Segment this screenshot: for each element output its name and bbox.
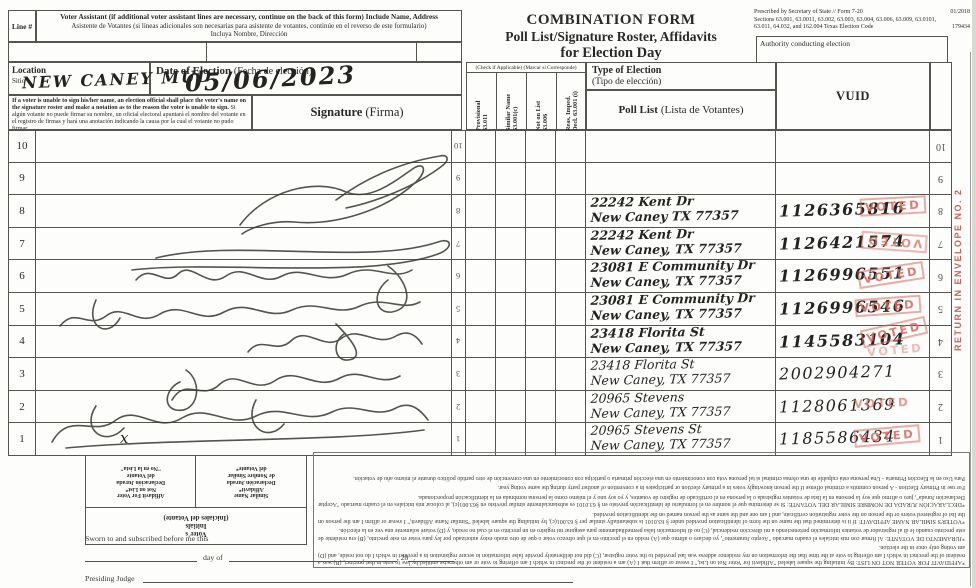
line-number-flipped: 2 [452,391,466,423]
line-number-right: 2 [930,391,952,423]
line-number-left: 10 [8,131,36,162]
vuid-cell[interactable]: 1126421574 VOTED [776,228,930,260]
table-row: 8 8 22242 Kent Dr New Caney TX 77357 112… [8,195,952,228]
check-cell[interactable] [496,163,526,195]
line-number-flipped: 7 [452,228,466,260]
line-number-flipped: 5 [452,293,466,325]
line-number-flipped: 3 [452,358,466,390]
check-cell[interactable] [496,391,526,423]
signature-cell[interactable] [36,293,452,325]
check-cell[interactable] [496,358,526,390]
line-number-left: 2 [8,391,36,423]
check-cell[interactable] [556,260,586,292]
check-cell[interactable] [526,131,556,162]
similar-name-affidavit-cell[interactable]: Similar Name Affidavit* Declaración Jura… [196,456,307,507]
line-number-right: 10 [930,131,952,162]
check-cell[interactable] [496,195,526,227]
vuid-cell[interactable]: 1126996551 VOTED [776,260,930,292]
unable-to-sign-instruction: If a voter is unable to sign his/her nam… [8,95,252,130]
day-blank[interactable] [85,552,197,562]
check-col-not-on-list: Not on List 63.006 [527,73,557,129]
voter-assistant-es: Asistente de Votantes (si líneas adicion… [40,22,458,31]
line-number-right: 6 [930,260,952,292]
check-cell[interactable] [526,260,556,292]
poll-list-cell[interactable]: 22242 Kent Dr New Caney, TX 77357 [586,228,776,260]
check-cell[interactable] [556,423,586,455]
line-number-flipped: 10 [452,131,466,162]
table-row: 2 2 20965 Stevens New Caney, TX 77357 11… [8,391,952,424]
scan-edge-strip [972,0,976,588]
sworn-line: Sworn to and subscribed before me this [85,534,643,543]
voter-assistant-es2: Incluya Nombre, Dirección [40,30,458,39]
vuid-cell[interactable] [776,163,930,195]
line-number-right: 1 [930,423,952,455]
divider [416,43,417,61]
form-title: COMBINATION FORM Poll List/Signature Ros… [465,12,757,62]
table-row: 7 7 22242 Kent Dr New Caney, TX 77357 11… [8,228,952,261]
check-cell[interactable] [526,358,556,390]
line-number-flipped: 1 [452,423,466,455]
signature-cell[interactable] [36,358,452,390]
check-cell[interactable] [466,358,496,390]
check-cell[interactable] [496,293,526,325]
check-cell[interactable] [466,228,496,260]
table-row: 3 3 23418 Florita St New Caney, TX 77357… [8,358,952,391]
line-number-flipped: 6 [452,260,466,292]
signature-cell[interactable] [36,391,452,423]
check-cell[interactable] [496,228,526,260]
line-number-left: 8 [8,195,36,227]
line-number-right: 9 [930,163,952,195]
check-cell[interactable] [526,423,556,455]
address-line2: New Caney, TX 77357 [585,435,775,453]
combination-form-sheet: Line # Voter Assistant (if additional vo… [0,0,976,588]
address-line2: New Caney TX 77357 [585,207,775,225]
check-col-similar-name: Similar Name 63.001(c) [497,73,527,129]
check-cell[interactable] [556,391,586,423]
presiding-judge-signature-blank[interactable] [143,573,573,583]
vuid-cell[interactable]: 1145583104 VOTED VOTED [776,326,930,358]
vuid-handwritten: 2002904271 [779,362,896,384]
check-cell[interactable] [556,195,586,227]
table-row: 6 6 23081 E Community Dr New Caney, TX 7… [8,260,952,293]
check-cell[interactable] [466,326,496,358]
address-line2: New Caney, TX 77357 [585,305,775,323]
line-number-right: 4 [930,326,952,358]
address-line2: New Caney, TX 77357 [585,402,775,420]
presiding-judge-label: Presiding Judge [85,574,135,583]
address-line2: New Caney, TX 77357 [585,239,775,257]
poll-list-cell[interactable]: 23081 E Community Dr New Caney, TX 77357 [586,293,776,325]
line-number-column-header: Line # [8,10,36,42]
poll-list-cell[interactable]: 20965 Stevens New Caney, TX 77357 [586,391,776,423]
voted-stamp: VOTED [859,195,926,216]
line-number-left: 1 [8,423,36,455]
address-line2: New Caney, TX 77357 [585,337,775,355]
line-number-right: 8 [930,195,952,227]
check-cell[interactable] [466,423,496,455]
voted-stamp: VOTED [853,425,921,449]
check-cell[interactable] [496,260,526,292]
signature-x-mark: x [120,429,128,447]
line-number-right: 3 [930,358,952,390]
check-cell[interactable] [466,195,496,227]
line-number-left: 4 [8,326,36,358]
check-cell[interactable] [556,358,586,390]
line-number-right: 5 [930,293,952,325]
line-number-flipped: 9 [452,163,466,195]
primary-election-note-en: For use in Primary Election - A person c… [318,483,965,490]
line-number-flipped: 8 [452,195,466,227]
scan-edge-line [970,52,971,586]
line-number-left: 3 [8,358,36,390]
voter-assistant-en: Voter Assistant (if additional voter ass… [40,13,458,22]
table-row: 4 4 23418 Florita St New Caney, TX 77357… [8,326,952,359]
primary-election-note-es: Para Uso en la Elección Primaria - Una p… [318,474,965,481]
check-cell[interactable] [466,131,496,162]
check-cell[interactable] [556,326,586,358]
check-cell[interactable] [556,163,586,195]
divider [206,43,207,61]
voter-assistant-header: Voter Assistant (if additional voter ass… [36,10,462,42]
month-blank[interactable] [229,552,397,562]
vuid-cell[interactable] [776,131,930,162]
voter-assistant-entry-row[interactable] [8,42,462,62]
signature-cell[interactable] [36,131,452,162]
voted-stamp: VOTED [854,295,921,318]
check-if-applicable-header: (Check if Applicable) (Marcar si Corresp… [466,62,586,73]
vuid-cell[interactable]: 2002904271 [776,358,930,390]
voted-stamp-faint: VOTED [848,393,915,413]
line-number-left: 6 [8,260,36,292]
check-cell[interactable] [496,326,526,358]
return-envelope-label: RETURN IN ENVELOPE NO. 2 [953,142,971,398]
check-cell[interactable] [526,228,556,260]
check-cell[interactable] [466,293,496,325]
signature-cell[interactable] [36,195,452,227]
table-row: 9 9 9 [8,163,952,196]
check-cell[interactable] [466,391,496,423]
poll-list-cell[interactable]: 22242 Kent Dr New Caney TX 77357 [586,195,776,227]
right-number-column-header [930,62,952,130]
poll-list-cell[interactable]: 23418 Florita St New Caney, TX 77357 [586,326,776,358]
check-cell[interactable] [466,260,496,292]
check-cell[interactable] [526,293,556,325]
line-number-left: 7 [8,228,36,260]
table-row: 5 5 23081 E Community Dr New Caney, TX 7… [8,293,952,326]
address-line2: New Caney, TX 77357 [585,370,775,388]
check-cell[interactable] [496,131,526,162]
voters-initials-box-flipped: Voter's Initials (Iniciales del Votante)… [85,455,307,545]
check-cell[interactable] [496,423,526,455]
table-row: 10 10 10 [8,130,952,163]
address-line2: New Caney, TX 77357 [585,272,775,290]
line-number-left: 5 [8,293,36,325]
check-cell[interactable] [526,163,556,195]
vuid-cell[interactable]: 1185586434 VOTED [776,423,930,455]
poll-list-cell[interactable]: 20965 Stevens St New Caney, TX 77357 [586,423,776,455]
check-col-reas-imped: Reas. Imped. Decl. 63.001 (i) [557,73,587,129]
check-cell[interactable] [466,163,496,195]
poll-list-cell[interactable] [586,163,776,195]
check-cell[interactable] [556,228,586,260]
check-col-provisional: Provisional 63.011 [467,73,497,129]
vuid-cell[interactable]: 1126365816 VOTED [776,195,930,227]
signature-cell[interactable] [36,260,452,292]
line-number-left: 9 [8,163,36,195]
similar-name-affidavit-en: *VOTER'S SIMILAR NAME AFFIDAVIT: If it i… [318,509,965,524]
signature-column-header: Signature(Firma) [252,95,462,130]
check-cell[interactable] [556,131,586,162]
check-cell[interactable] [526,326,556,358]
line-number-right: 7 [930,228,952,260]
poll-list-cell[interactable] [586,131,776,162]
poll-list-cell[interactable]: 23081 E Community Dr New Caney, TX 77357 [586,260,776,292]
signature-cell[interactable] [36,326,452,358]
type-of-election-field[interactable]: Type of Election(Tipo de elección) [586,62,776,90]
year-blank[interactable] [408,552,454,562]
sworn-section: Sworn to and subscribed before me this d… [85,534,643,583]
vuid-header: VUID [776,62,930,130]
check-cell[interactable] [526,391,556,423]
line-number-flipped: 4 [452,326,466,358]
similar-name-affidavit-es: *DECLARACIÓN JURADA DE NOMBRE SIMILAR DE… [318,492,965,507]
signature-cell[interactable] [36,163,452,195]
check-column-labels: Provisional 63.011 Similar Name 63.001(c… [466,73,586,130]
not-on-list-affidavit-cell[interactable]: Affidavit For Voter Not on List* Declara… [86,456,196,507]
authority-conducting-election-field[interactable]: Authority conducting election [756,36,948,63]
check-cell[interactable] [526,195,556,227]
poll-list-cell[interactable]: 23418 Florita St New Caney, TX 77357 [586,358,776,390]
prescribed-by-text: Prescribed by Secretary of State // Form… [754,9,970,32]
signature-cell[interactable] [36,228,452,260]
vuid-cell[interactable]: 1128061369 VOTED [776,391,930,423]
poll-list-header: Poll List(Lista de Votantes) [586,90,776,130]
check-cell[interactable] [556,293,586,325]
signature-cell[interactable] [36,423,452,455]
